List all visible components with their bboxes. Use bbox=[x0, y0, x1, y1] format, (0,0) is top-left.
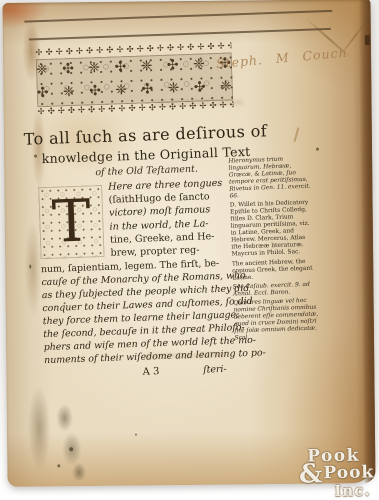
printed-layer: ✢✣✢✣✢✣✢✣✢✣✢✣✢✣✢✣✢✣✢✣✢✣✢✣✢✣✢✣✢ ❈ ✣ ❈ ✣ ❈ … bbox=[0, 0, 379, 491]
marginal-notes: Hieronymus trium linguarum, Hebrææ, Græc… bbox=[228, 156, 319, 346]
main-text-block: T Here are three tongues (ſaithHugo de ſ… bbox=[38, 176, 243, 384]
woodcut-dropcap-initial: T bbox=[38, 185, 104, 259]
headpiece-ornament: ✢✣✢✣✢✣✢✣✢✣✢✣✢✣✢✣✢✣✢✣✢✣✢✣✢✣✢✣✢ ❈ ✣ ❈ ✣ ❈ … bbox=[35, 41, 233, 120]
signature-row: A 3 ſteri- bbox=[45, 364, 243, 385]
pen-flourish-mark bbox=[293, 127, 299, 142]
headpiece-lace-band: ❈ ✣ ❈ ✣ ❈ ✣ ❈ ✣ ❈ ✣ ❈ ✣ ❈ ✣ ❈ ✣ ❈ ✣ bbox=[36, 52, 234, 107]
handwritten-inscription: Steph. M Couch bbox=[215, 42, 376, 71]
dropcap-letter: T bbox=[51, 186, 92, 255]
book-page: ✢✣✢✣✢✣✢✣✢✣✢✣✢✣✢✣✢✣✢✣✢✣✢✣✢✣✢✣✢ ❈ ✣ ❈ ✣ ❈ … bbox=[2, 0, 375, 487]
gathering-signature: A 3 bbox=[142, 367, 159, 379]
ruled-line-top bbox=[24, 10, 332, 22]
ruled-line-bottom bbox=[29, 28, 331, 40]
catchword: ſteri- bbox=[203, 364, 227, 376]
watermark-line-2-text: Pook bbox=[323, 463, 374, 484]
photo-stage: ✢✣✢✣✢✣✢✣✢✣✢✣✢✣✢✣✢✣✢✣✢✣✢✣✢✣✢✣✢ ❈ ✣ ❈ ✣ ❈ … bbox=[0, 0, 379, 500]
auction-watermark: Pook &Pook Inc. bbox=[298, 450, 374, 499]
full-width-lines: num, ſapientiam, legem. The firſt, be- c… bbox=[41, 258, 242, 368]
dropcap-adjacent-lines: Here are three tongues (ſaithHugo de ſan… bbox=[108, 176, 239, 260]
margin-note: D. Willet in his Dedicatory Epiſtle to C… bbox=[230, 200, 317, 259]
watermark-ampersand: & bbox=[298, 460, 323, 490]
margin-note: Hieronymus trium linguarum, Hebrææ, Græc… bbox=[228, 156, 314, 201]
